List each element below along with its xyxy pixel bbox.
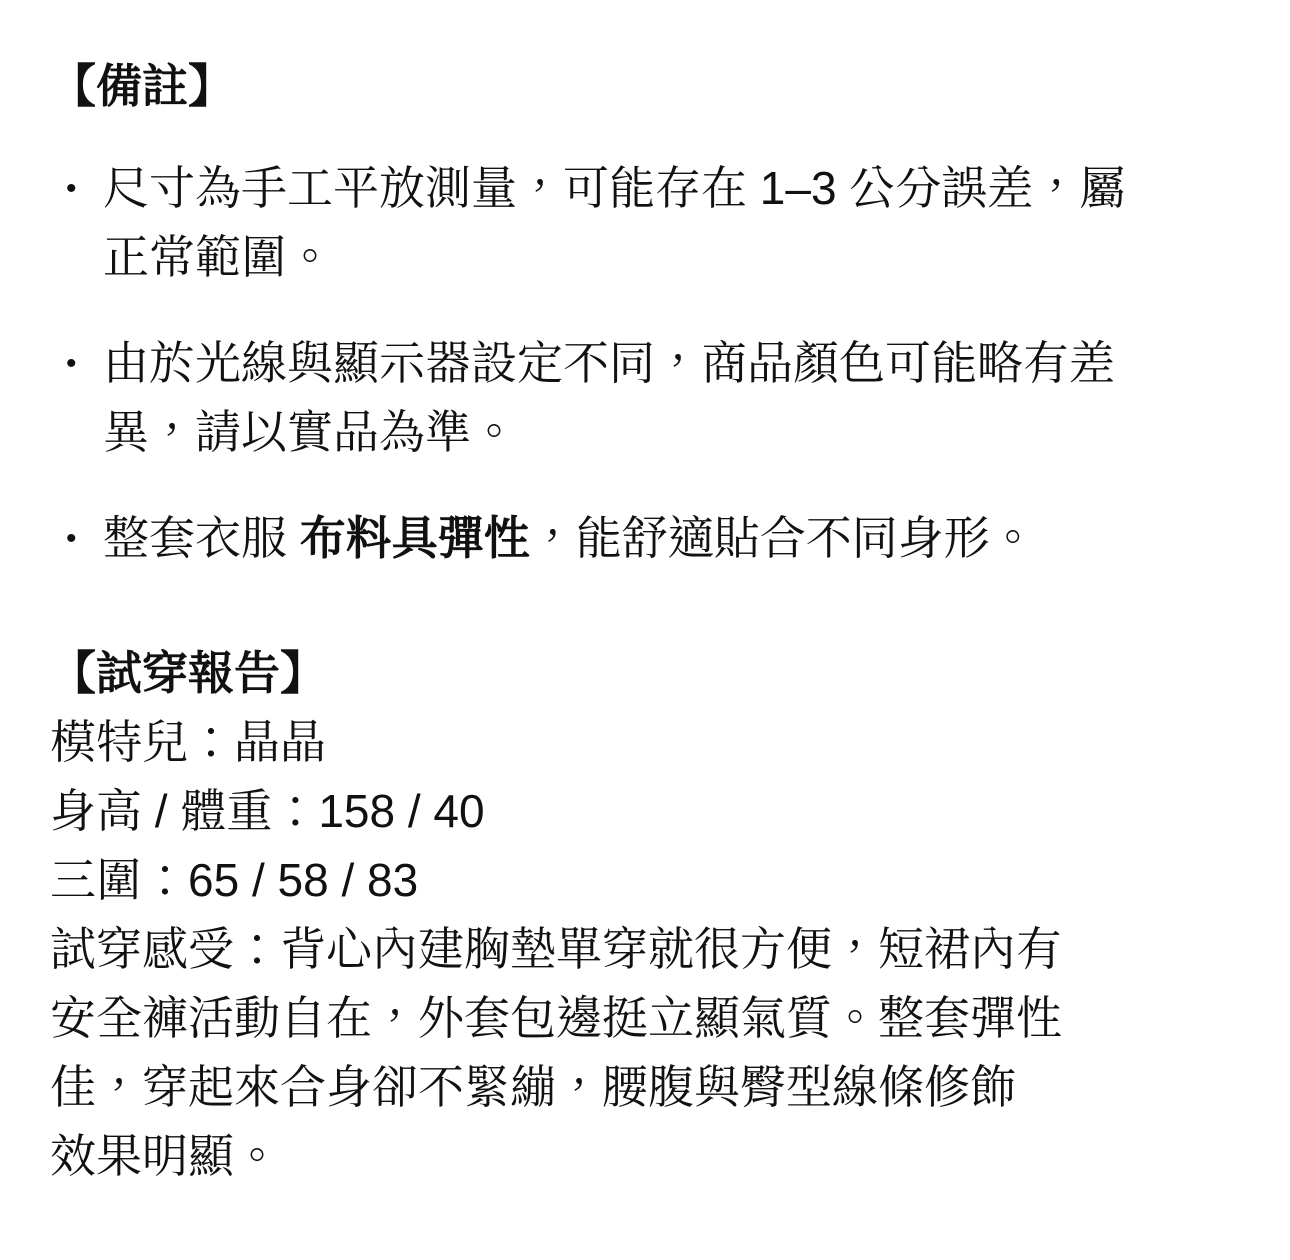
note-text-line: 尺寸為手工平放測量，可能存在 1–3 公分誤差，屬 — [103, 154, 1230, 223]
note-item-color-difference: • 由於光線與顯示器設定不同，商品顏色可能略有差 異，請以實品為準。 — [50, 329, 1230, 467]
fitting-review-line: 效果明顯。 — [50, 1122, 1230, 1191]
notes-list: • 尺寸為手工平放測量，可能存在 1–3 公分誤差，屬 正常範圍。 • 由於光線… — [50, 154, 1230, 573]
note-text-segment-bold: 布料具彈性 — [300, 512, 530, 564]
bullet-icon: • — [66, 504, 77, 573]
product-notes-document: 【備註】 • 尺寸為手工平放測量，可能存在 1–3 公分誤差，屬 正常範圍。 •… — [50, 52, 1230, 1191]
note-text-segment: 整套衣服 — [103, 512, 300, 564]
note-text-line: 由於光線與顯示器設定不同，商品顏色可能略有差 — [103, 329, 1230, 398]
fitting-model-line: 模特兒：晶晶 — [50, 708, 1230, 777]
fitting-measurements-line: 三圍：65 / 58 / 83 — [50, 846, 1230, 915]
fitting-review-line: 試穿感受：背心內建胸墊單穿就很方便，短裙內有 — [50, 915, 1230, 984]
fitting-report-section: 【試穿報告】 模特兒：晶晶 身高 / 體重：158 / 40 三圍：65 / 5… — [50, 639, 1230, 1191]
note-item-measurement-tolerance: • 尺寸為手工平放測量，可能存在 1–3 公分誤差，屬 正常範圍。 — [50, 154, 1230, 292]
notes-section-heading: 【備註】 — [50, 52, 1230, 121]
note-text-segment: ，能舒適貼合不同身形。 — [530, 512, 1036, 564]
note-item-fabric-stretch: • 整套衣服 布料具彈性，能舒適貼合不同身形。 — [50, 504, 1230, 573]
fitting-section-heading: 【試穿報告】 — [50, 639, 1230, 708]
fitting-review-line: 佳，穿起來合身卻不緊繃，腰腹與臀型線條修飾 — [50, 1053, 1230, 1122]
bullet-icon: • — [66, 329, 77, 398]
note-text-line: 正常範圍。 — [103, 223, 1230, 292]
fitting-review-line: 安全褲活動自在，外套包邊挺立顯氣質。整套彈性 — [50, 984, 1230, 1053]
note-text-line: 整套衣服 布料具彈性，能舒適貼合不同身形。 — [103, 504, 1230, 573]
fitting-height-weight-line: 身高 / 體重：158 / 40 — [50, 777, 1230, 846]
bullet-icon: • — [66, 154, 77, 223]
note-text-line: 異，請以實品為準。 — [103, 398, 1230, 467]
